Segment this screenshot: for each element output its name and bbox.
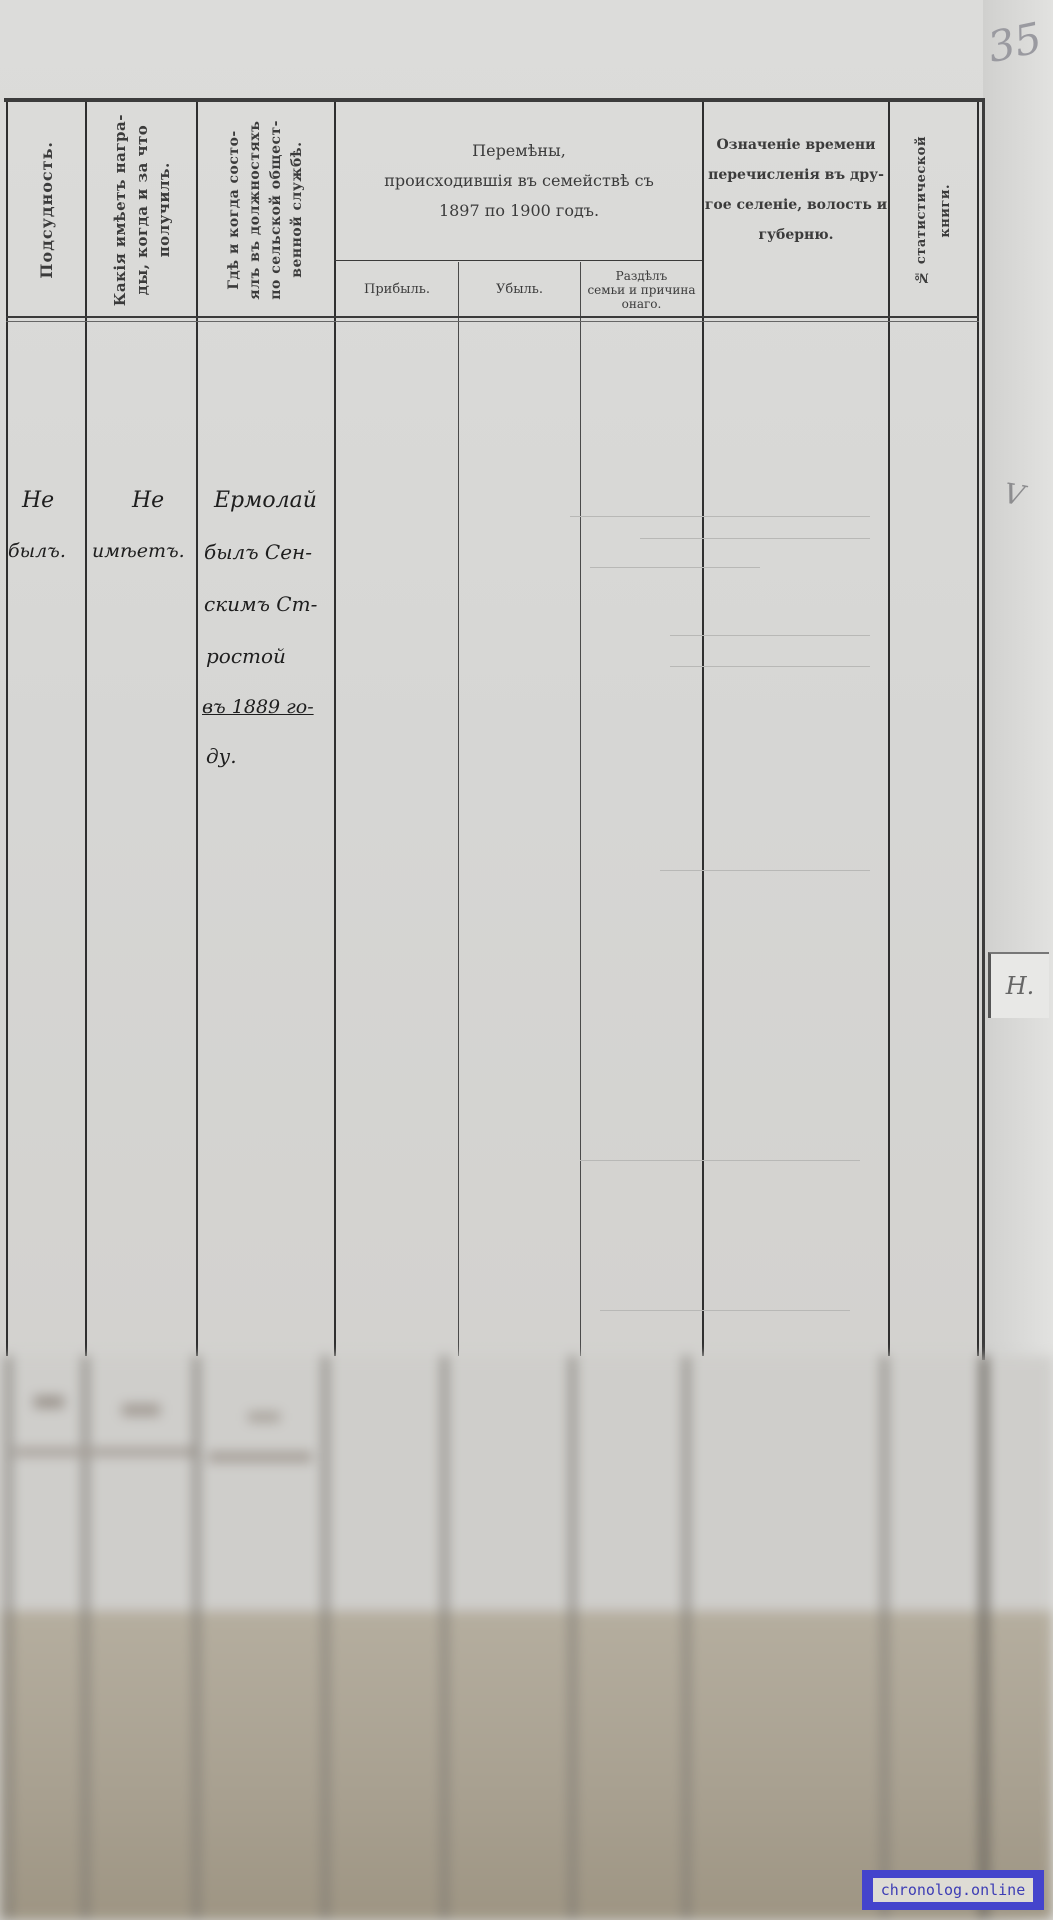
subheader-label: Убыль.: [496, 283, 543, 297]
header-label: Гдѣ и когда состо- ялъ въ должностяхъ по…: [224, 120, 308, 300]
subheader-label: Раздѣлъ семьи и причина онаго.: [587, 269, 695, 311]
blurred-column-line: [83, 1356, 88, 1920]
blurred-column-line: [323, 1356, 328, 1920]
blurred-handwriting: [34, 1396, 64, 1408]
header-label: Подсудность.: [36, 141, 58, 279]
blurred-column-line: [442, 1356, 447, 1920]
header-nagrady: Какія имѣетъ награ- ды, когда и за что п…: [87, 102, 196, 318]
blurred-handwriting: [208, 1452, 312, 1462]
header-podsudnost: Подсудность.: [8, 102, 85, 318]
blurred-handwriting: [14, 1448, 194, 1456]
blurred-column-line: [980, 1356, 988, 1920]
subheader-razdel: Раздѣлъ семьи и причина онаго.: [581, 262, 702, 318]
blurred-handwriting: [122, 1404, 160, 1416]
entry-sluzhba-line6: ду.: [206, 744, 237, 768]
subheader-label: Прибыль.: [364, 283, 430, 297]
subheader-ubyl: Убыль.: [459, 262, 580, 318]
blurred-lower-area: [0, 1356, 1053, 1920]
header-bottom-rule-2: [6, 321, 979, 322]
header-label: Означеніе времени перечисленія въ дру- г…: [705, 130, 887, 250]
bleed-through-line: [640, 538, 870, 539]
bleed-through-line: [670, 635, 870, 636]
bleed-through-line: [580, 1160, 860, 1161]
index-tab: Н.: [988, 952, 1049, 1018]
entry-nagrady-line1: Не: [132, 488, 164, 513]
subheader-pribyl: Прибыль.: [336, 262, 458, 318]
document-page: 35 Подсудность. Какія имѣетъ награ- ды, …: [0, 0, 1053, 1920]
entry-sluzhba-line4: ростой: [206, 644, 286, 668]
entry-podsudnost-line2: былъ.: [8, 540, 66, 562]
bleed-through-line: [600, 1310, 850, 1311]
header-stat-kniga: № статистической книги.: [890, 102, 977, 318]
column-divider: [458, 262, 459, 1356]
entry-sluzhba-line5: въ 1889 го-: [202, 696, 314, 718]
blurred-handwriting: [248, 1412, 280, 1422]
watermark-badge: chronolog.online: [862, 1870, 1044, 1910]
entry-nagrady-line2: имѣетъ.: [92, 540, 185, 562]
index-tab-label: Н.: [1006, 972, 1035, 1000]
bleed-through-line: [570, 516, 870, 517]
blurred-upper-paper: [0, 1356, 1053, 1611]
blurred-column-line: [882, 1356, 887, 1920]
entry-sluzhba-line3: скимъ Ст-: [204, 592, 317, 616]
bleed-through-line: [660, 870, 870, 871]
entry-sluzhba-line2: былъ Сен-: [204, 540, 312, 564]
header-peremeny: Перемѣны, происходившія въ семействѣ съ …: [336, 102, 702, 260]
blurred-column-line: [570, 1356, 575, 1920]
header-label: Перемѣны, происходившія въ семействѣ съ …: [384, 136, 654, 226]
header-label: Какія имѣетъ награ- ды, когда и за что п…: [109, 114, 175, 306]
blurred-column-line: [194, 1356, 199, 1920]
column-divider: [580, 262, 581, 1356]
blurred-column-line: [6, 1356, 11, 1920]
column-divider: [977, 102, 979, 1356]
blurred-column-line: [684, 1356, 689, 1920]
header-label: № статистической книги.: [910, 136, 958, 285]
header-sluzhba: Гдѣ и когда состо- ялъ въ должностяхъ по…: [198, 102, 334, 318]
subheader-divider: [334, 260, 702, 261]
entry-sluzhba-line1: Ермолай: [214, 488, 317, 513]
bleed-through-line: [670, 666, 870, 667]
header-perechislenie: Означеніе времени перечисленія въ дру- г…: [704, 102, 888, 318]
bleed-through-line: [590, 567, 760, 568]
watermark-text: chronolog.online: [873, 1878, 1034, 1902]
entry-podsudnost-line1: Не: [22, 488, 54, 513]
